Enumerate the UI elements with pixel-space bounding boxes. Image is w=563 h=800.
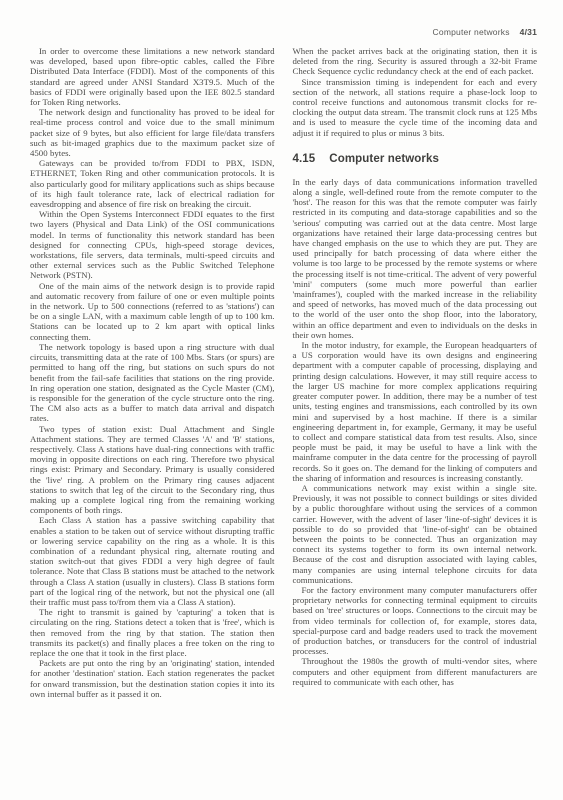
paragraph: For the factory environment many compute… <box>293 585 538 656</box>
paragraph: The network topology is based upon a rin… <box>30 342 275 424</box>
paragraph: Two types of station exist: Dual Attachm… <box>30 424 275 516</box>
paragraph: Since transmission timing is independent… <box>293 77 538 138</box>
paragraph: The right to transmit is gained by 'capt… <box>30 607 275 658</box>
section-title: Computer networks <box>329 153 439 165</box>
paragraph: Each Class A station has a passive switc… <box>30 515 275 607</box>
paragraph: Gateways can be provided to/from FDDI to… <box>30 158 275 209</box>
paragraph: Packets are put onto the ring by an 'ori… <box>30 658 275 699</box>
paragraph: The network design and functionality has… <box>30 107 275 158</box>
book-page: Computer networks4/31 In order to overco… <box>0 0 563 800</box>
page-header: Computer networks4/31 <box>30 27 537 37</box>
running-title: Computer networks <box>433 27 510 37</box>
paragraph: In order to overcome these limitations a… <box>30 46 275 107</box>
paragraph: A communications network may exist withi… <box>293 483 538 585</box>
section-number: 4.15 <box>293 153 316 165</box>
left-column: In order to overcome these limitations a… <box>30 46 275 699</box>
page-number: 4/31 <box>520 27 537 37</box>
paragraph: In the motor industry, for example, the … <box>293 340 538 483</box>
two-column-layout: In order to overcome these limitations a… <box>30 46 537 699</box>
section-heading: 4.15Computer networks <box>293 153 538 166</box>
paragraph: Within the Open Systems Interconnect FDD… <box>30 209 275 280</box>
paragraph: When the packet arrives back at the orig… <box>293 46 538 77</box>
right-column: When the packet arrives back at the orig… <box>293 46 538 699</box>
paragraph: Throughout the 1980s the growth of multi… <box>293 656 538 687</box>
paragraph: In the early days of data communications… <box>293 177 538 340</box>
paragraph: One of the main aims of the network desi… <box>30 281 275 342</box>
